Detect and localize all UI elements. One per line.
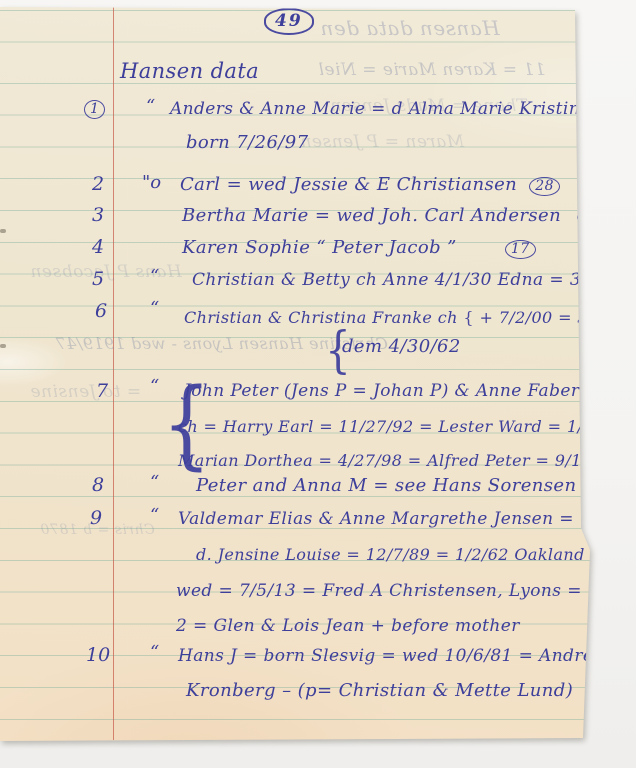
entry-number: 2 (92, 173, 104, 195)
notebook-paper: Hansen data den 11 = Karen Marie = Niel … (0, 0, 636, 768)
ditto-mark: “ (150, 505, 159, 527)
entry-number: 4 (92, 236, 104, 258)
entry-line: Carl = wed Jessie & E Christiansen 28 (180, 174, 560, 196)
entry-line: Marian Dorthea = 4/27/98 = Alfred Peter … (178, 450, 619, 472)
entry-line: Valdemar Elias & Anne Margrethe Jensen = (178, 508, 574, 530)
page-number: 49 (264, 8, 314, 35)
entry-number: 3 (92, 204, 104, 226)
entry-number: 6 (95, 300, 107, 322)
entry-line: Karen Sophie “ Peter Jacob ” 17 (182, 237, 536, 259)
entry-line: born 7/26/97 (186, 132, 308, 154)
brace: { (463, 308, 474, 327)
superscript-note: (lex) (631, 305, 636, 318)
entry-line: d. Jensine Louise = 12/7/89 = 1/2/62 Oak… (196, 544, 636, 566)
bleedthrough-text: 11 = Karen Marie = Niel (318, 60, 546, 80)
page-title: Hansen data (120, 60, 259, 82)
ditto-mark: “ (146, 96, 155, 118)
bleedthrough-text: = to Jensine (30, 382, 141, 402)
entry-line: Anders & Anne Marie = d Alma Marie Krist… (170, 98, 591, 120)
entry-line: wed = 7/5/13 = Fred A Christensen, Lyons… (176, 580, 636, 602)
ref-number-circle: 28 (529, 177, 560, 196)
paper-tear (0, 344, 6, 348)
entry-number: 5 (92, 268, 104, 290)
entry-line: dem 4/30/62 (342, 336, 461, 358)
entry-line: Peter and Anna M = see Hans Sorensen (196, 475, 614, 497)
ditto-mark: “ (150, 376, 159, 398)
entry-line: Christian & Christina Franke ch { + 7/2/… (184, 301, 636, 329)
page-number-circle: 49 (264, 8, 314, 35)
entry-line: Christian & Betty ch Anne 4/1/30 Edna = … (192, 269, 627, 291)
entry-line: Hans J = born Slesvig = wed 10/6/81 = An… (178, 645, 604, 667)
ditto-mark: “ (150, 266, 159, 288)
bleedthrough-text: Hansen data den (320, 16, 500, 40)
entry-line: John Peter (Jens P = Johan P) & Anne Fab… (184, 380, 600, 402)
entry-number: 1 (84, 96, 105, 119)
entry-number: 7 (96, 380, 108, 402)
ref-number-circle: 17 (505, 240, 536, 259)
entry-line: Bertha Marie = wed Joh. Carl Andersen 12 (182, 205, 608, 227)
entry-number: 8 (92, 474, 104, 496)
entry-number: 10 (86, 644, 110, 666)
entry-line: Kronberg – (p= Christian & Mette Lund) (186, 680, 573, 702)
entry-line: ch = Harry Earl = 11/27/92 = Lester Ward… (178, 416, 636, 438)
red-margin-line (113, 7, 114, 740)
ditto-mark: “ (150, 298, 159, 320)
paper-tear (0, 229, 6, 233)
bleedthrough-text: Maren = P Jensen (300, 132, 464, 152)
ditto-mark: “ (150, 642, 159, 664)
scanned-page: Hansen data den 11 = Karen Marie = Niel … (0, 0, 636, 768)
entry-line: 2 = Glen & Lois Jean + before mother (176, 615, 520, 637)
entry-number: 9 (90, 507, 102, 529)
ditto-mark: “ (150, 472, 159, 494)
ref-number-circle: 12 (577, 208, 608, 227)
empty-circle (597, 476, 614, 493)
ditto-mark: "o (142, 172, 161, 194)
